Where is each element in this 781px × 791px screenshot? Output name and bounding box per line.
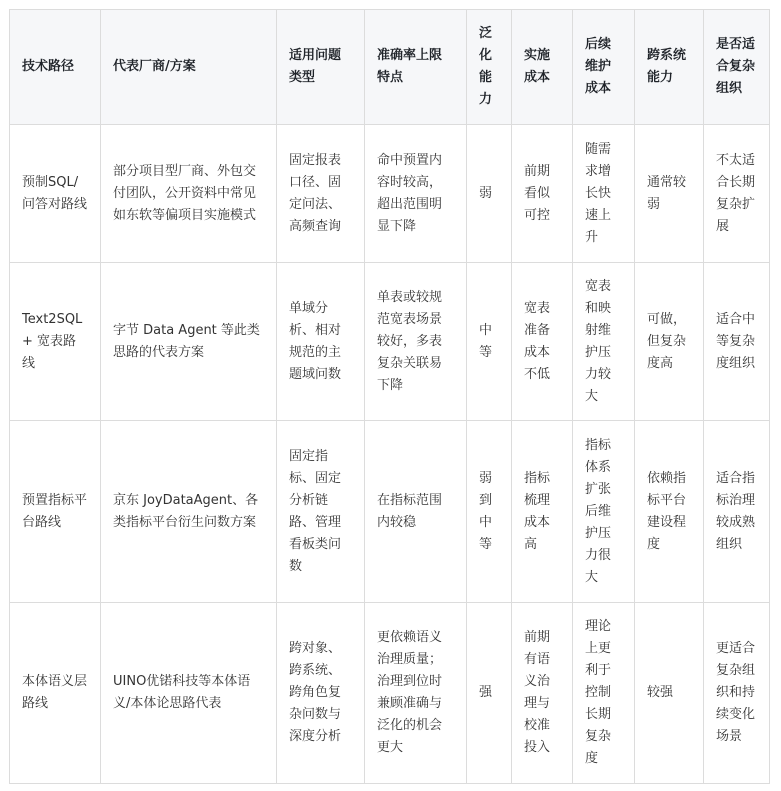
cell-problem-type: 单域分析、相对规范的主题域问数 [277, 263, 365, 421]
cell-maint-cost: 指标体系扩张后维护压力很大 [573, 421, 635, 603]
cell-path: 本体语义层路线 [10, 603, 101, 784]
cell-maint-cost: 宽表和映射维护压力较大 [573, 263, 635, 421]
table-row: 预制SQL/问答对路线 部分项目型厂商、外包交付团队，公开资料中常见如东软等偏项… [10, 125, 770, 263]
cell-vendor: UINO优锘科技等本体语义/本体论思路代表 [101, 603, 277, 784]
cell-impl-cost: 前期有语义治理与校准投入 [512, 603, 573, 784]
header-impl-cost: 实施成本 [512, 10, 573, 125]
cell-path: 预制SQL/问答对路线 [10, 125, 101, 263]
cell-problem-type: 固定指标、固定分析链路、管理看板类问数 [277, 421, 365, 603]
header-vendor: 代表厂商/方案 [101, 10, 277, 125]
cell-problem-type: 跨对象、跨系统、跨角色复杂问数与深度分析 [277, 603, 365, 784]
cell-vendor: 京东 JoyDataAgent、各类指标平台衍生问数方案 [101, 421, 277, 603]
header-accuracy: 准确率上限特点 [365, 10, 467, 125]
cell-generalization: 强 [467, 603, 512, 784]
cell-impl-cost: 宽表准备成本不低 [512, 263, 573, 421]
cell-generalization: 弱到中等 [467, 421, 512, 603]
header-problem-type: 适用问题类型 [277, 10, 365, 125]
comparison-table: 技术路径 代表厂商/方案 适用问题类型 准确率上限特点 泛化能力 实施成本 后续… [9, 9, 770, 784]
cell-generalization: 弱 [467, 125, 512, 263]
cell-complex-org: 更适合复杂组织和持续变化场景 [704, 603, 770, 784]
cell-path: 预置指标平台路线 [10, 421, 101, 603]
cell-maint-cost: 随需求增长快速上升 [573, 125, 635, 263]
cell-generalization: 中等 [467, 263, 512, 421]
cell-impl-cost: 前期看似可控 [512, 125, 573, 263]
cell-complex-org: 适合中等复杂度组织 [704, 263, 770, 421]
cell-vendor: 字节 Data Agent 等此类思路的代表方案 [101, 263, 277, 421]
header-complex-org: 是否适合复杂组织 [704, 10, 770, 125]
cell-maint-cost: 理论上更利于控制长期复杂度 [573, 603, 635, 784]
cell-vendor: 部分项目型厂商、外包交付团队，公开资料中常见如东软等偏项目实施模式 [101, 125, 277, 263]
cell-complex-org: 不太适合长期复杂扩展 [704, 125, 770, 263]
cell-cross-system: 较强 [635, 603, 704, 784]
table-row: Text2SQL + 宽表路线 字节 Data Agent 等此类思路的代表方案… [10, 263, 770, 421]
header-cross-system: 跨系统能力 [635, 10, 704, 125]
cell-problem-type: 固定报表口径、固定问法、高频查询 [277, 125, 365, 263]
cell-impl-cost: 指标梳理成本高 [512, 421, 573, 603]
cell-accuracy: 单表或较规范宽表场景较好，多表复杂关联易下降 [365, 263, 467, 421]
header-tech-path: 技术路径 [10, 10, 101, 125]
cell-path: Text2SQL + 宽表路线 [10, 263, 101, 421]
table-row: 本体语义层路线 UINO优锘科技等本体语义/本体论思路代表 跨对象、跨系统、跨角… [10, 603, 770, 784]
cell-complex-org: 适合指标治理较成熟组织 [704, 421, 770, 603]
cell-cross-system: 可做，但复杂度高 [635, 263, 704, 421]
cell-cross-system: 通常较弱 [635, 125, 704, 263]
table-row: 预置指标平台路线 京东 JoyDataAgent、各类指标平台衍生问数方案 固定… [10, 421, 770, 603]
cell-accuracy: 在指标范围内较稳 [365, 421, 467, 603]
header-maint-cost: 后续维护成本 [573, 10, 635, 125]
cell-accuracy: 命中预置内容时较高，超出范围明显下降 [365, 125, 467, 263]
header-generalization: 泛化能力 [467, 10, 512, 125]
cell-cross-system: 依赖指标平台建设程度 [635, 421, 704, 603]
header-row: 技术路径 代表厂商/方案 适用问题类型 准确率上限特点 泛化能力 实施成本 后续… [10, 10, 770, 125]
cell-accuracy: 更依赖语义治理质量；治理到位时兼顾准确与泛化的机会更大 [365, 603, 467, 784]
